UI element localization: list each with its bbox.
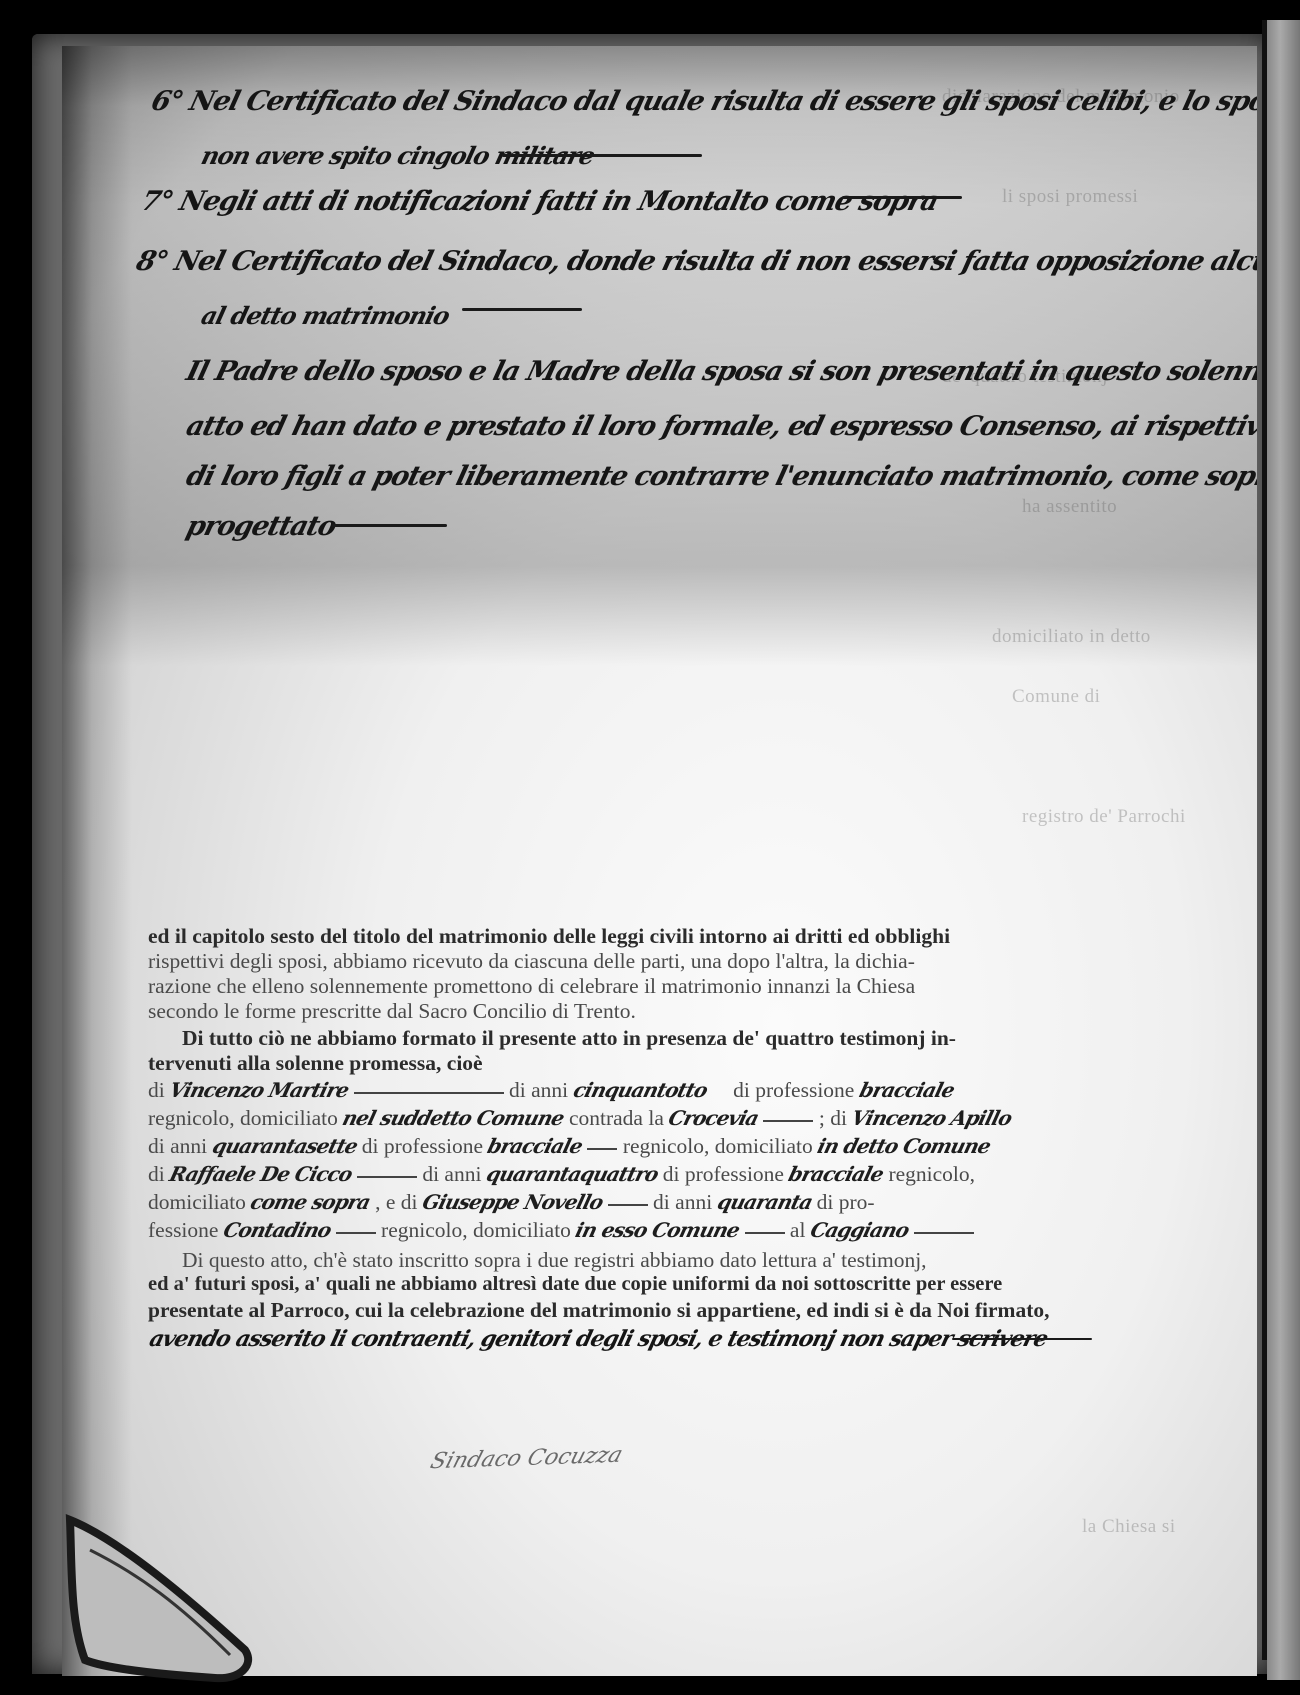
printed-line: presentate al Parroco, cui la celebrazio… [148, 1298, 1050, 1323]
item-text: Nel Certificato del Sindaco, donde risul… [171, 246, 1257, 277]
witness-age: quaranta [715, 1190, 815, 1214]
ghost-text: domiciliato in detto [992, 626, 1151, 648]
witness-line-4: di Raffaele De Cicco di anni quarantaqua… [148, 1162, 975, 1187]
witness-age: quarantasette [210, 1134, 360, 1158]
dash-line [952, 1338, 1092, 1340]
witness-line-5: domiciliato come sopra , e di Giuseppe N… [148, 1190, 875, 1215]
witness-age: quarantaquattro [484, 1162, 661, 1186]
printed-line: Di questo atto, ch'è stato inscritto sop… [182, 1248, 927, 1273]
dash-line [462, 308, 582, 311]
handwritten-item-8: 8° Nel Certificato del Sindaco, donde ri… [133, 246, 1257, 277]
ghost-text: Comune di [1012, 686, 1100, 708]
printed-line: rispettivi degli sposi, abbiamo ricevuto… [148, 949, 915, 974]
item-number: 8° [133, 246, 171, 277]
dash-line [842, 196, 962, 199]
witness-street: Caggiano [808, 1218, 911, 1242]
printed-line: ed a' futuri sposi, a' quali ne abbiamo … [148, 1273, 1002, 1296]
witness-line-2: regnicolo, domiciliato nel suddetto Comu… [148, 1106, 1011, 1131]
handwritten-closing: avendo asserito li contraenti, genitori … [147, 1326, 1050, 1352]
mayor-signature: Sindaco Cocuzza [427, 1443, 625, 1475]
ghost-text: li sposi promessi [1002, 186, 1138, 208]
ghost-text: registro de' Parrochi [1022, 806, 1186, 828]
witness-age: cinquantotto [571, 1078, 710, 1102]
witness-domicile: in detto Comune [815, 1134, 993, 1158]
witness-profession: Contadino [221, 1218, 333, 1242]
witness-profession: bracciale [485, 1134, 585, 1158]
dash-line [502, 154, 702, 157]
handwritten-paragraph-line: progettato [183, 511, 339, 542]
witness-street: Crocevia [666, 1106, 761, 1130]
witness-profession: bracciale [857, 1078, 957, 1102]
ghost-text: la Chiesa si [1082, 1516, 1176, 1538]
witness-line-6: fessione Contadino regnicolo, domiciliat… [148, 1218, 974, 1243]
handwritten-paragraph-line: atto ed han dato e prestato il loro form… [183, 411, 1257, 442]
document-page: dichiarazione del matrimonio li sposi pr… [62, 46, 1257, 1676]
witness-profession: bracciale [786, 1162, 886, 1186]
printed-line: secondo le forme prescritte dal Sacro Co… [148, 999, 636, 1024]
item-text: Negli atti di notificazioni fatti in Mon… [176, 186, 941, 217]
book-right-edge [1267, 20, 1300, 1680]
witness-domicile: in esso Comune [573, 1218, 742, 1242]
printed-line: razione che elleno solennemente prometto… [148, 974, 915, 999]
printed-line: Di tutto ciò ne abbiamo formato il prese… [182, 1026, 956, 1051]
witness-line-1: di Vincenzo Martire di anni cinquantotto… [148, 1078, 953, 1103]
folded-corner [0, 1480, 260, 1695]
handwritten-paragraph-line: Il Padre dello sposo e la Madre della sp… [183, 356, 1257, 387]
item-text: Nel Certificato del Sindaco dal quale ri… [186, 86, 1257, 117]
ghost-text: ha assentito [1022, 496, 1117, 518]
witness-line-3: di anni quarantasette di professione bra… [148, 1134, 990, 1159]
handwritten-item-8-line2: al detto matrimonio [198, 301, 452, 330]
witness-name: Vincenzo Martire [167, 1078, 351, 1102]
witness-name: Vincenzo Apillo [849, 1106, 1014, 1130]
witness-name: Giuseppe Novello [420, 1190, 605, 1214]
witness-name: Raffaele De Cicco [167, 1162, 354, 1186]
handwritten-paragraph-line: di loro figli a poter liberamente contra… [183, 461, 1257, 492]
witness-domicile: come sopra [248, 1190, 372, 1214]
witness-domicile: nel suddetto Comune [340, 1106, 566, 1130]
handwritten-item-7: 7° Negli atti di notificazioni fatti in … [138, 186, 941, 217]
dash-line [332, 524, 447, 527]
page-border-line [1262, 20, 1267, 1660]
printed-line: ed il capitolo sesto del titolo del matr… [148, 924, 950, 949]
item-number: 6° [148, 86, 186, 117]
handwritten-item-6: 6° Nel Certificato del Sindaco dal quale… [148, 86, 1257, 117]
item-number: 7° [138, 186, 176, 217]
printed-line: tervenuti alla solenne promessa, cioè [148, 1051, 483, 1076]
